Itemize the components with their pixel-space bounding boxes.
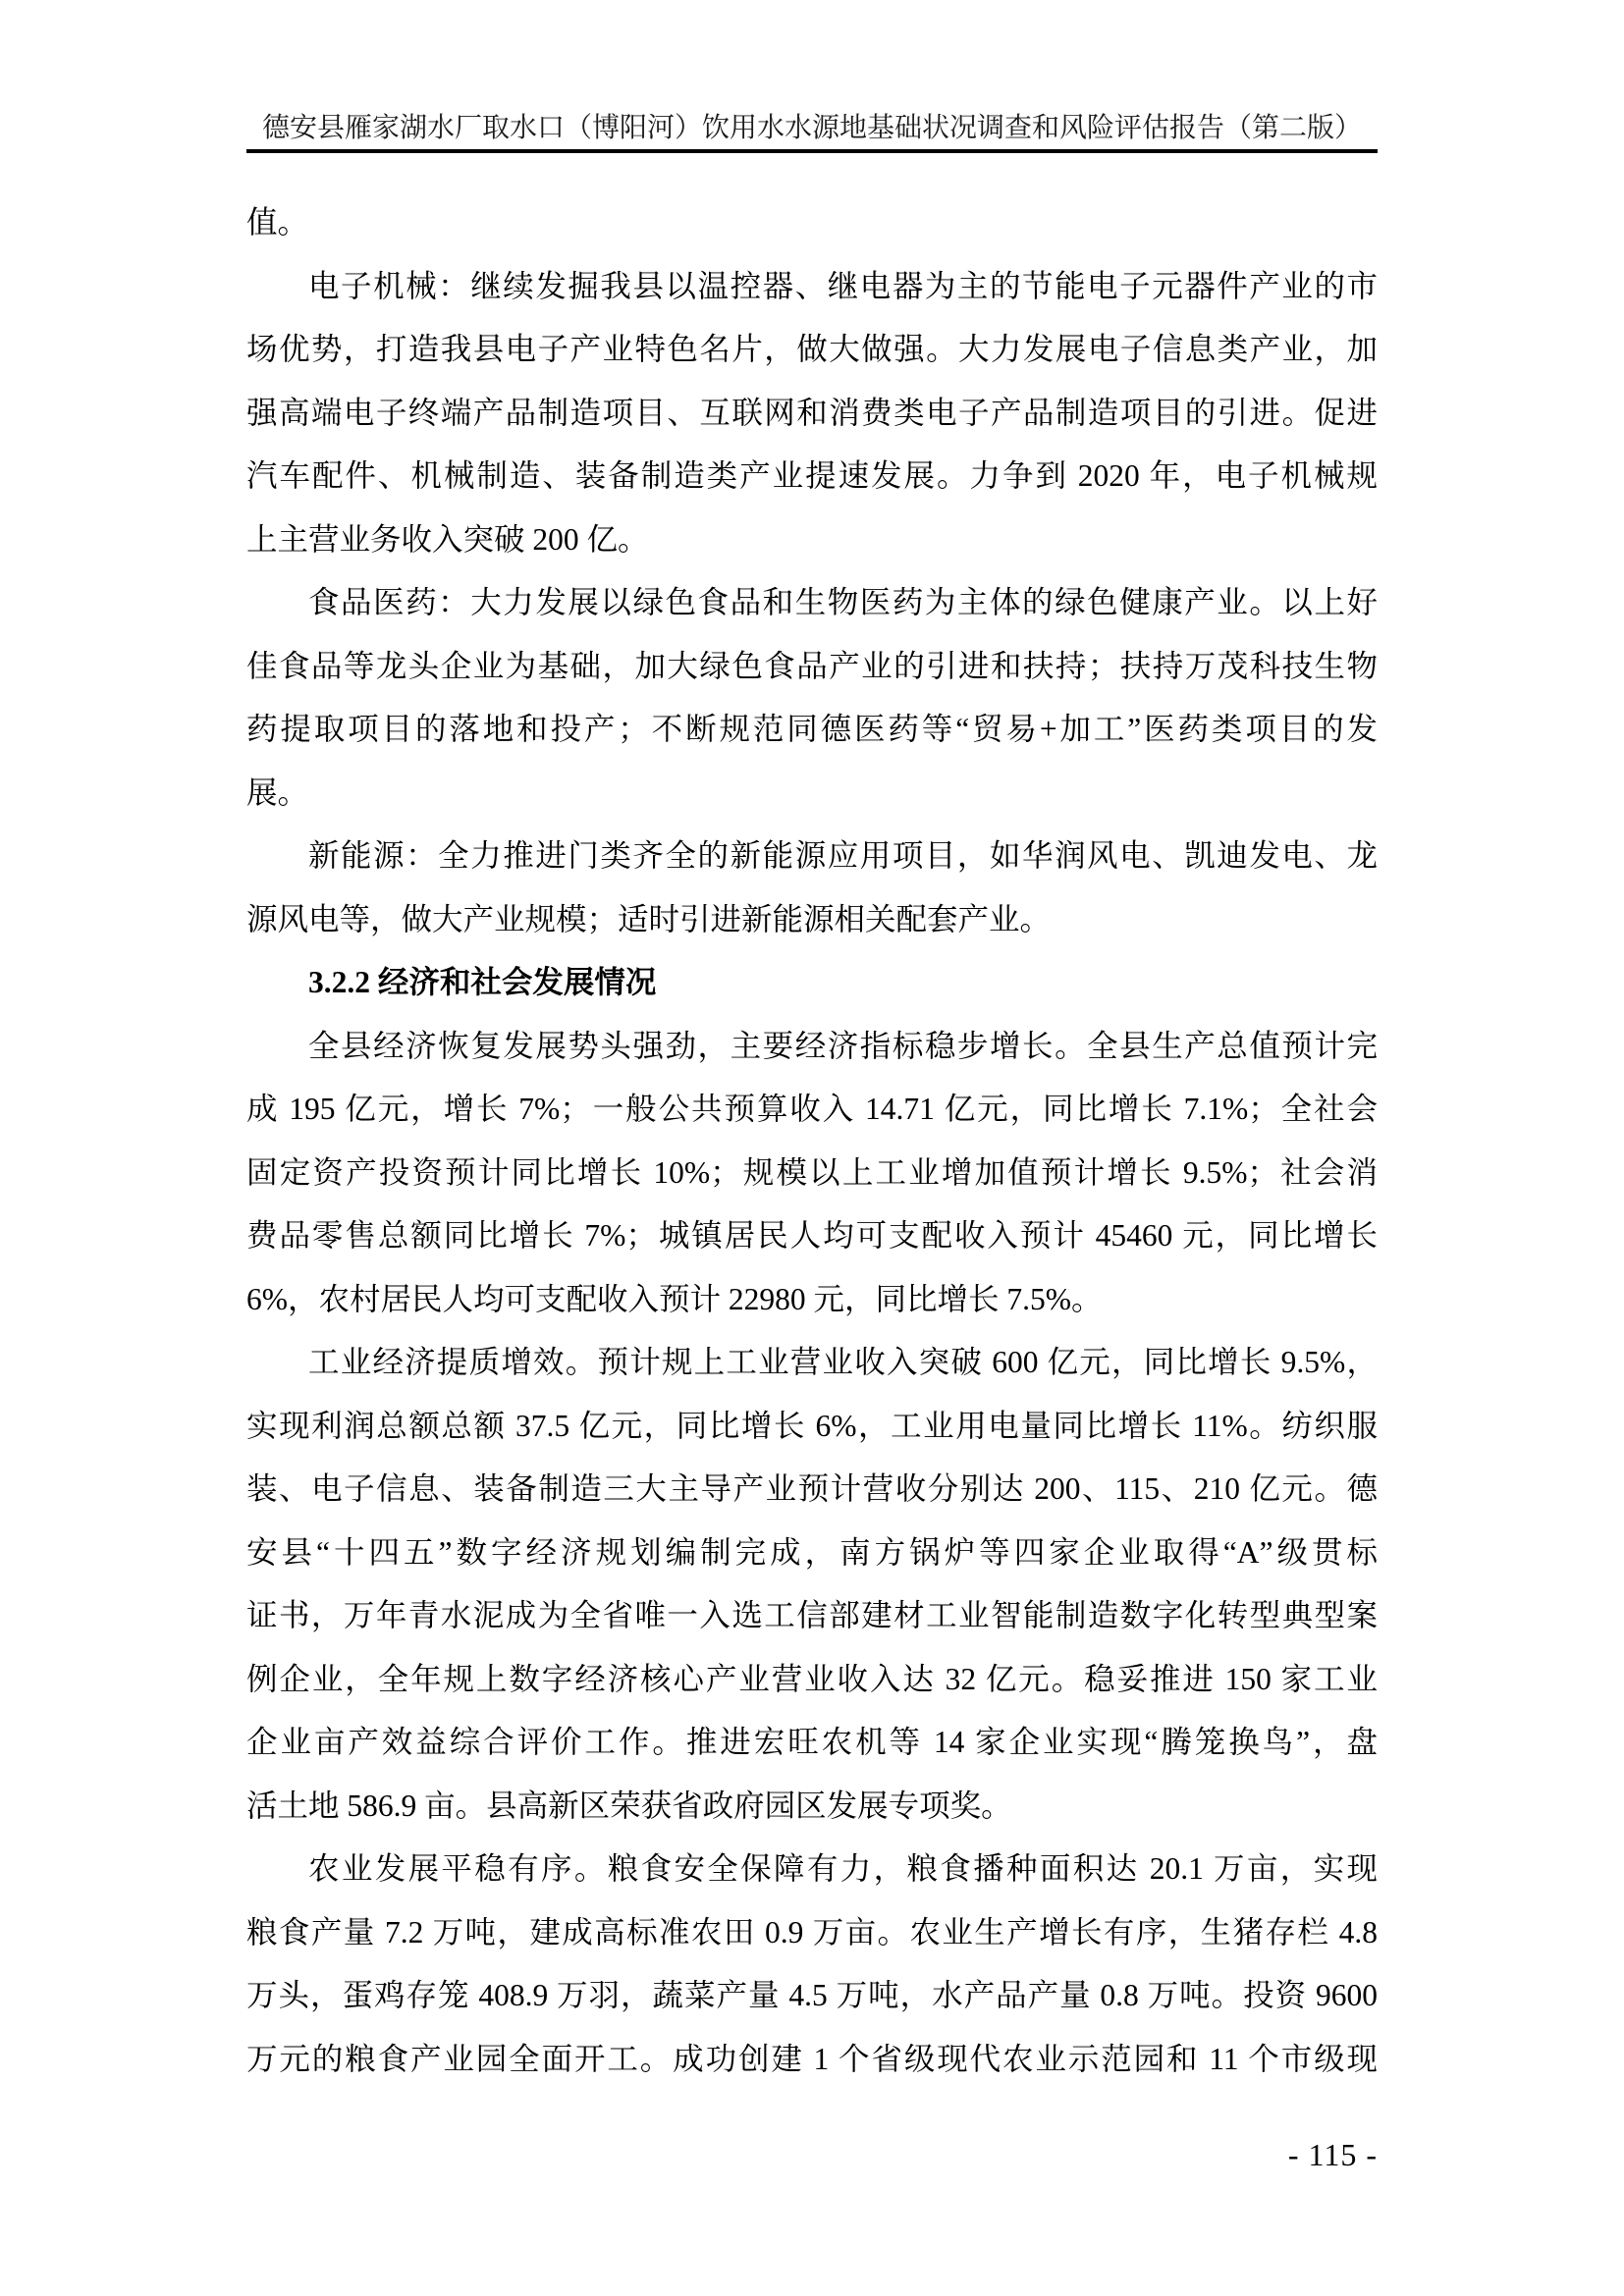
text-line: 农业发展平稳有序。粮食安全保障有力，粮食播种面积达 20.1 万亩，实现	[246, 1838, 1378, 1901]
text-line: 成 195 亿元，增长 7%；一般公共预算收入 14.71 亿元，同比增长 7.…	[246, 1078, 1378, 1142]
text-line: 上主营业务收入突破 200 亿。	[246, 508, 1378, 572]
text-line: 装、电子信息、装备制造三大主导产业预计营收分别达 200、115、210 亿元。…	[246, 1458, 1378, 1522]
text-line: 展。	[246, 762, 1378, 826]
text-line: 活土地 586.9 亩。县高新区荣获省政府园区发展专项奖。	[246, 1775, 1378, 1839]
text-line: 工业经济提质增效。预计规上工业营业收入突破 600 亿元，同比增长 9.5%，	[246, 1331, 1378, 1395]
text-line: 固定资产投资预计同比增长 10%；规模以上工业增加值预计增长 9.5%；社会消	[246, 1142, 1378, 1205]
text-line: 费品零售总额同比增长 7%；城镇居民人均可支配收入预计 45460 元，同比增长	[246, 1204, 1378, 1268]
page-header: 德安县雁家湖水厂取水口（博阳河）饮用水水源地基础状况调查和风险评估报告（第二版）	[246, 0, 1378, 153]
section-heading: 3.2.2 经济和社会发展情况	[246, 951, 1378, 1015]
text-line: 值。	[246, 191, 1378, 255]
text-line: 强高端电子终端产品制造项目、互联网和消费类电子产品制造项目的引进。促进	[246, 382, 1378, 446]
header-rule	[246, 149, 1378, 153]
text-line: 新能源：全力推进门类齐全的新能源应用项目，如华润风电、凯迪发电、龙	[246, 825, 1378, 888]
document-page: 德安县雁家湖水厂取水口（博阳河）饮用水水源地基础状况调查和风险评估报告（第二版）…	[0, 0, 1624, 2296]
content-column: 德安县雁家湖水厂取水口（博阳河）饮用水水源地基础状况调查和风险评估报告（第二版）…	[246, 0, 1378, 2173]
text-line: 万元的粮食产业园全面开工。成功创建 1 个省级现代农业示范园和 11 个市级现	[246, 2028, 1378, 2092]
text-line: 例企业，全年规上数字经济核心产业营业收入达 32 亿元。稳妥推进 150 家工业	[246, 1648, 1378, 1712]
text-line: 企业亩产效益综合评价工作。推进宏旺农机等 14 家企业实现“腾笼换鸟”，盘	[246, 1711, 1378, 1775]
text-line: 电子机械：继续发掘我县以温控器、继电器为主的节能电子元器件产业的市	[246, 255, 1378, 319]
text-line: 6%，农村居民人均可支配收入预计 22980 元，同比增长 7.5%。	[246, 1268, 1378, 1332]
header-title: 德安县雁家湖水厂取水口（博阳河）饮用水水源地基础状况调查和风险评估报告（第二版）	[246, 110, 1378, 147]
text-line: 药提取项目的落地和投产；不断规范同德医药等“贸易+加工”医药类项目的发	[246, 698, 1378, 762]
text-line: 食品医药：大力发展以绿色食品和生物医药为主体的绿色健康产业。以上好	[246, 571, 1378, 635]
text-line: 全县经济恢复发展势头强劲，主要经济指标稳步增长。全县生产总值预计完	[246, 1015, 1378, 1079]
text-line: 源风电等，做大产业规模；适时引进新能源相关配套产业。	[246, 888, 1378, 952]
text-line: 实现利润总额总额 37.5 亿元，同比增长 6%，工业用电量同比增长 11%。纺…	[246, 1395, 1378, 1459]
text-line: 场优势，打造我县电子产业特色名片，做大做强。大力发展电子信息类产业，加	[246, 318, 1378, 382]
document-body: 值。电子机械：继续发掘我县以温控器、继电器为主的节能电子元器件产业的市场优势，打…	[246, 191, 1378, 2091]
page-number: - 115 -	[246, 2136, 1378, 2173]
text-line: 汽车配件、机械制造、装备制造类产业提速发展。力争到 2020 年，电子机械规	[246, 445, 1378, 508]
text-line: 粮食产量 7.2 万吨，建成高标准农田 0.9 万亩。农业生产增长有序，生猪存栏…	[246, 1901, 1378, 1965]
text-line: 证书，万年青水泥成为全省唯一入选工信部建材工业智能制造数字化转型典型案	[246, 1584, 1378, 1648]
text-line: 安县“十四五”数字经济规划编制完成，南方锅炉等四家企业取得“A”级贯标	[246, 1522, 1378, 1585]
text-line: 万头，蛋鸡存笼 408.9 万羽，蔬菜产量 4.5 万吨，水产品产量 0.8 万…	[246, 1964, 1378, 2028]
text-line: 佳食品等龙头企业为基础，加大绿色食品产业的引进和扶持；扶持万茂科技生物	[246, 635, 1378, 699]
